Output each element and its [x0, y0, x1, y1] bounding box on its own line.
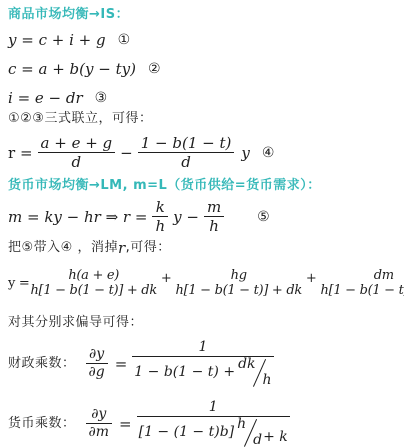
equation-3: i = e − dr ③ — [8, 89, 402, 107]
equation-6: y = h(a + e) h[1 − b(1 − t)] + dk + hg h… — [8, 260, 402, 308]
equation-2-body: c = a + b(y − ty) — [8, 60, 136, 78]
money-bevel-fraction: h d — [237, 418, 262, 448]
money-bevel-denominator: d — [253, 433, 262, 448]
notes-document: 商品市场均衡→IS： y = c + i + g ① c = a + b(y −… — [0, 0, 404, 448]
eq6-term-1: h(a + e) h[1 − b(1 − t)] + dk — [30, 269, 156, 299]
fraction-bar — [137, 416, 290, 417]
eq6-term-1-numerator: h(a + e) — [68, 269, 119, 284]
equation-5: m = ky − hr ⇒ r = k h y − m h ⑤ — [8, 196, 402, 238]
fiscal-bevel-denominator: h — [263, 373, 272, 388]
eq6-term-3-numerator: dm — [374, 269, 394, 284]
equation-1: y = c + i + g ① — [8, 31, 402, 49]
fiscal-multiplier: 财政乘数： ∂y ∂g = 1 1 − b(1 − t) + dk h — [8, 339, 402, 389]
eq6-term-2-numerator: hg — [231, 269, 247, 284]
eq4-fraction-2-denominator: d — [178, 154, 194, 171]
fiscal-rhs-fraction: 1 1 − b(1 − t) + dk h — [132, 340, 273, 388]
fiscal-bevel-fraction: dk h — [238, 358, 271, 388]
eq5-fraction-1-denominator: h — [152, 218, 168, 235]
money-multiplier: 货币乘数： ∂y ∂m = 1 [1 − (1 − t)b] h d + k — [8, 396, 402, 448]
fiscal-equals-sign: = — [115, 355, 128, 373]
money-rhs-fraction: 1 [1 − (1 − t)b] h d + k — [137, 400, 290, 448]
money-denominator-post: + k — [263, 430, 288, 445]
fiscal-multiplier-label: 财政乘数： — [8, 356, 76, 372]
money-partial-numerator: ∂y — [88, 407, 109, 422]
fiscal-partial-fraction: ∂y ∂g — [86, 347, 108, 381]
eq6-plus-operator: + — [161, 271, 172, 286]
is-heading: 商品市场均衡→IS： — [8, 7, 402, 23]
eq4-fraction-2: 1 − b(1 − t) d — [138, 135, 235, 171]
equation-5-number: ⑤ — [257, 209, 270, 225]
eq4-minus-operator: − — [120, 144, 133, 162]
fiscal-partial-numerator: ∂y — [86, 347, 107, 362]
eq6-term-3: dm h[1 − b(1 − t)] + dk — [321, 269, 404, 299]
equation-2: c = a + b(y − ty) ② — [8, 60, 402, 78]
eq4-lhs: r = — [8, 144, 33, 162]
equation-1-number: ① — [118, 32, 131, 48]
eq4-fraction-1-numerator: a + e + g — [38, 135, 116, 152]
eq6-plus-operator: + — [306, 271, 317, 286]
eq5-middle: y − — [173, 208, 199, 226]
money-multiplier-label: 货币乘数： — [8, 416, 76, 432]
fiscal-rhs-numerator: 1 — [195, 340, 210, 355]
money-equals-sign: = — [119, 415, 132, 433]
substitute-note: 把⑤带入④ ，消掉 r ,可得： — [8, 239, 402, 258]
eq4-fraction-1: a + e + g d — [38, 135, 116, 171]
equation-4: r = a + e + g d − 1 − b(1 − t) d y ④ — [8, 132, 402, 174]
equation-3-body: i = e − dr — [8, 89, 83, 107]
eq6-term-2-denominator: h[1 − b(1 − t)] + dk — [176, 284, 302, 299]
money-denominator-text: [1 − (1 − t)b] — [139, 425, 235, 440]
substitute-note-pre: 把⑤带入④ ，消掉 — [8, 240, 118, 256]
fiscal-denominator-text: 1 − b(1 − t) + — [134, 365, 235, 380]
eq6-lhs: y = — [8, 276, 29, 291]
lm-heading: 货币市场均衡→LM, m=L（货币供给=货币需求）： — [8, 178, 402, 194]
equation-3-number: ③ — [95, 90, 108, 106]
eq5-fraction-1: k h — [152, 199, 168, 235]
money-rhs-numerator: 1 — [206, 400, 221, 415]
eq5-fraction-2-denominator: h — [206, 218, 222, 235]
substitute-note-post: ,可得： — [126, 240, 171, 256]
equation-1-body: y = c + i + g — [8, 31, 106, 49]
combine-note: ①②③三式联立，可得： — [8, 111, 402, 127]
fiscal-rhs-denominator: 1 − b(1 − t) + dk h — [132, 358, 273, 388]
eq5-fraction-2: m h — [204, 199, 224, 235]
eq5-fraction-2-numerator: m — [204, 199, 224, 216]
eq6-term-2: hg h[1 − b(1 − t)] + dk — [176, 269, 302, 299]
equation-4-number: ④ — [262, 145, 275, 161]
eq4-variable-y: y — [241, 144, 249, 162]
substitute-note-variable-r: r — [118, 239, 126, 258]
eq5-lhs: m = ky − hr ⇒ r = — [8, 208, 147, 226]
fiscal-partial-denominator: ∂g — [86, 365, 108, 380]
money-partial-denominator: ∂m — [86, 425, 113, 440]
partial-derivative-note: 对其分别求偏导可得： — [8, 315, 402, 331]
eq6-term-1-denominator: h[1 − b(1 − t)] + dk — [30, 284, 156, 299]
money-rhs-denominator: [1 − (1 − t)b] h d + k — [137, 418, 290, 448]
money-partial-fraction: ∂y ∂m — [86, 407, 113, 441]
eq6-term-3-denominator: h[1 − b(1 − t)] + dk — [321, 284, 404, 299]
eq4-fraction-2-numerator: 1 − b(1 − t) — [138, 135, 235, 152]
eq4-fraction-1-denominator: d — [69, 154, 85, 171]
eq5-fraction-1-numerator: k — [153, 199, 168, 216]
equation-2-number: ② — [148, 61, 161, 77]
